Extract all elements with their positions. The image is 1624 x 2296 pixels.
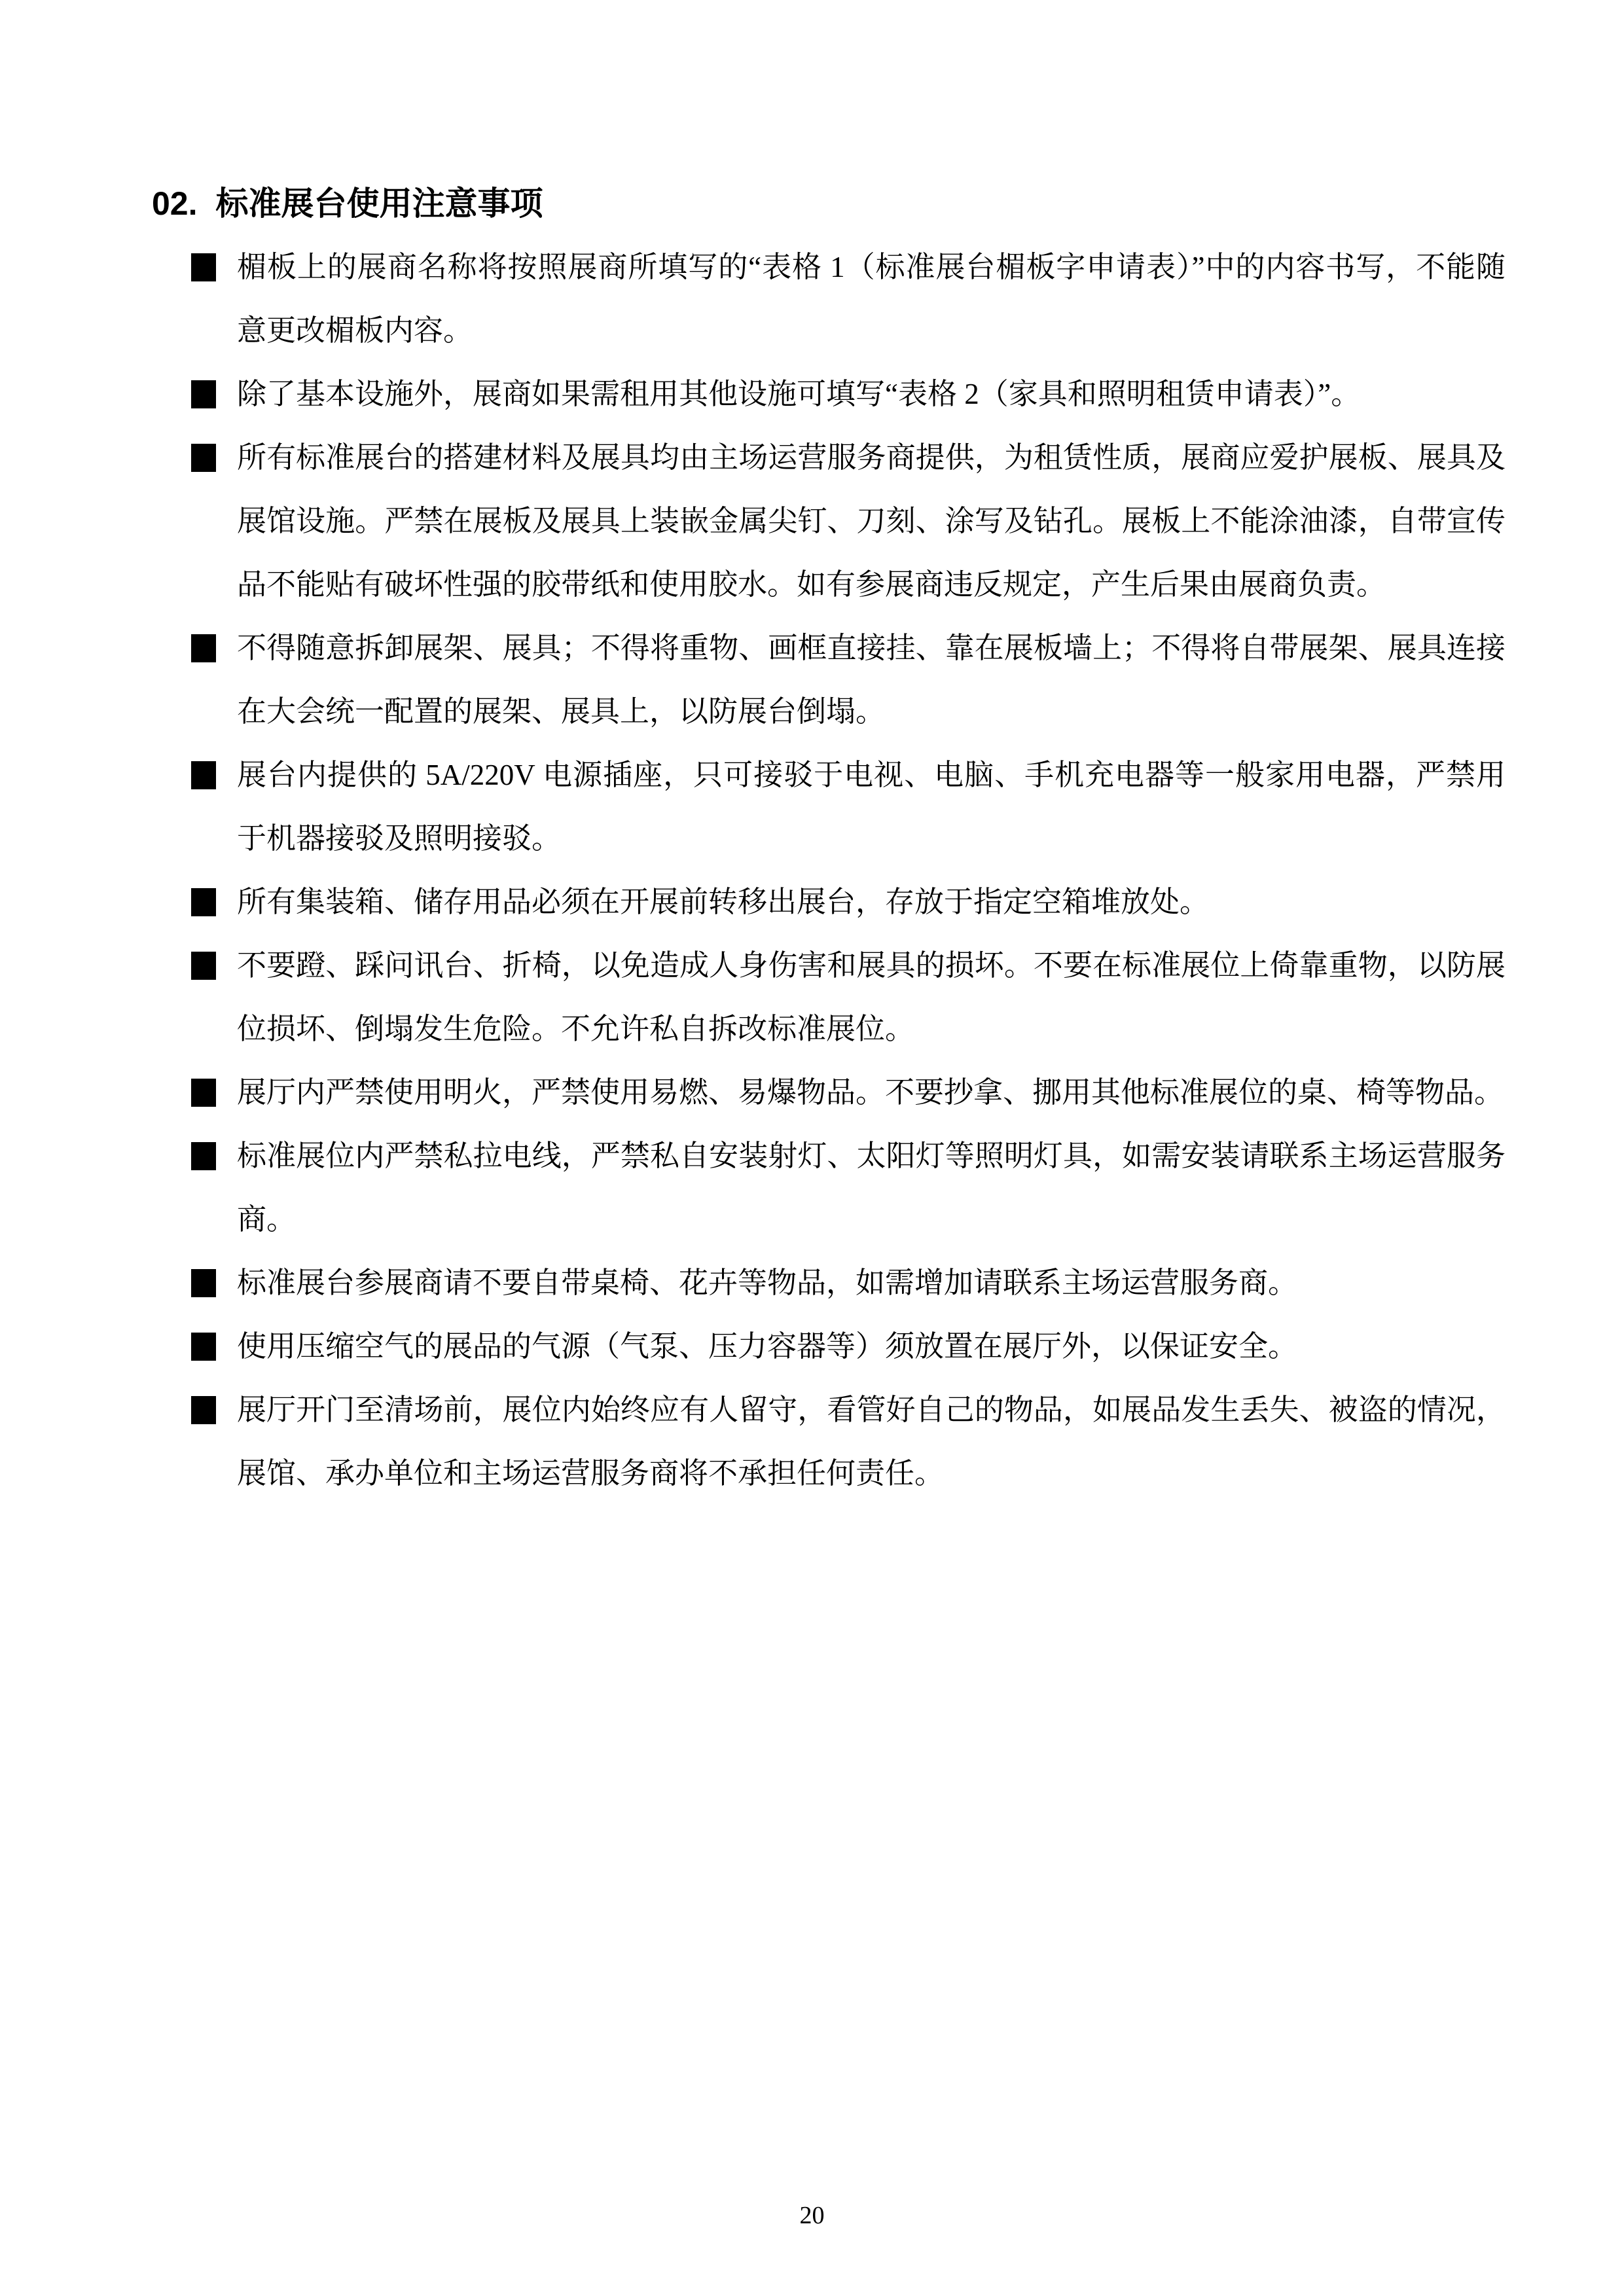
list-item: 除了基本设施外，展商如果需租用其他设施可填写“表格 2（家具和照明租赁申请表）”… bbox=[191, 363, 1506, 426]
list-item-text: 所有集装箱、储存用品必须在开展前转移出展台，存放于指定空箱堆放处。 bbox=[237, 886, 1209, 918]
section-number: 02. bbox=[152, 184, 198, 223]
list-item: 所有集装箱、储存用品必须在开展前转移出展台，存放于指定空箱堆放处。 bbox=[191, 870, 1506, 934]
list-item: 标准展台参展商请不要自带桌椅、花卉等物品，如需增加请联系主场运营服务商。 bbox=[191, 1251, 1506, 1315]
document-page: 02. 标准展台使用注意事项 楣板上的展商名称将按照展商所填写的“表格 1（标准… bbox=[0, 0, 1624, 2296]
section-heading: 02. 标准展台使用注意事项 bbox=[152, 184, 543, 223]
bullet-square-icon bbox=[191, 1396, 216, 1424]
list-item: 楣板上的展商名称将按照展商所填写的“表格 1（标准展台楣板字申请表）”中的内容书… bbox=[191, 236, 1506, 363]
list-item-text: 使用压缩空气的展品的气源（气泵、压力容器等）须放置在展厅外，以保证安全。 bbox=[237, 1330, 1297, 1363]
list-item-text: 标准展台参展商请不要自带桌椅、花卉等物品，如需增加请联系主场运营服务商。 bbox=[237, 1266, 1297, 1299]
list-item: 展台内提供的 5A/220V 电源插座，只可接驳于电视、电脑、手机充电器等一般家… bbox=[191, 744, 1506, 870]
bullet-square-icon bbox=[191, 952, 216, 980]
list-item-text: 楣板上的展商名称将按照展商所填写的“表格 1（标准展台楣板字申请表）”中的内容书… bbox=[237, 251, 1506, 347]
bullet-square-icon bbox=[191, 634, 216, 662]
list-item: 标准展位内严禁私拉电线，严禁私自安装射灯、太阳灯等照明灯具，如需安装请联系主场运… bbox=[191, 1124, 1506, 1251]
list-item-text: 展厅内严禁使用明火，严禁使用易燃、易爆物品。不要抄拿、挪用其他标准展位的桌、椅等… bbox=[237, 1076, 1504, 1109]
section-title: 标准展台使用注意事项 bbox=[216, 184, 543, 223]
list-item-text: 所有标准展台的搭建材料及展具均由主场运营服务商提供，为租赁性质，展商应爱护展板、… bbox=[237, 441, 1506, 601]
bullet-square-icon bbox=[191, 1333, 216, 1361]
bullet-square-icon bbox=[191, 380, 216, 408]
notice-list: 楣板上的展商名称将按照展商所填写的“表格 1（标准展台楣板字申请表）”中的内容书… bbox=[191, 236, 1506, 1505]
list-item: 展厅内严禁使用明火，严禁使用易燃、易爆物品。不要抄拿、挪用其他标准展位的桌、椅等… bbox=[191, 1061, 1506, 1124]
list-item: 不要蹬、踩问讯台、折椅，以免造成人身伤害和展具的损坏。不要在标准展位上倚靠重物，… bbox=[191, 934, 1506, 1061]
list-item: 使用压缩空气的展品的气源（气泵、压力容器等）须放置在展厅外，以保证安全。 bbox=[191, 1315, 1506, 1378]
bullet-square-icon bbox=[191, 253, 216, 281]
page-number: 20 bbox=[0, 2200, 1624, 2231]
bullet-square-icon bbox=[191, 444, 216, 472]
list-item-text: 标准展位内严禁私拉电线，严禁私自安装射灯、太阳灯等照明灯具，如需安装请联系主场运… bbox=[237, 1139, 1506, 1236]
list-item: 不得随意拆卸展架、展具；不得将重物、画框直接挂、靠在展板墙上；不得将自带展架、展… bbox=[191, 617, 1506, 744]
list-item: 展厅开门至清场前，展位内始终应有人留守，看管好自己的物品，如展品发生丢失、被盗的… bbox=[191, 1378, 1506, 1505]
bullet-square-icon bbox=[191, 1269, 216, 1297]
list-item-text: 不得随意拆卸展架、展具；不得将重物、画框直接挂、靠在展板墙上；不得将自带展架、展… bbox=[237, 632, 1506, 728]
list-item-text: 展台内提供的 5A/220V 电源插座，只可接驳于电视、电脑、手机充电器等一般家… bbox=[237, 759, 1506, 855]
list-item-text: 不要蹬、踩问讯台、折椅，以免造成人身伤害和展具的损坏。不要在标准展位上倚靠重物，… bbox=[237, 949, 1506, 1045]
bullet-square-icon bbox=[191, 761, 216, 789]
bullet-square-icon bbox=[191, 888, 216, 916]
list-item-text: 除了基本设施外，展商如果需租用其他设施可填写“表格 2（家具和照明租赁申请表）”… bbox=[237, 378, 1360, 410]
bullet-square-icon bbox=[191, 1079, 216, 1107]
list-item-text: 展厅开门至清场前，展位内始终应有人留守，看管好自己的物品，如展品发生丢失、被盗的… bbox=[237, 1393, 1506, 1490]
list-item: 所有标准展台的搭建材料及展具均由主场运营服务商提供，为租赁性质，展商应爱护展板、… bbox=[191, 426, 1506, 617]
bullet-square-icon bbox=[191, 1142, 216, 1170]
